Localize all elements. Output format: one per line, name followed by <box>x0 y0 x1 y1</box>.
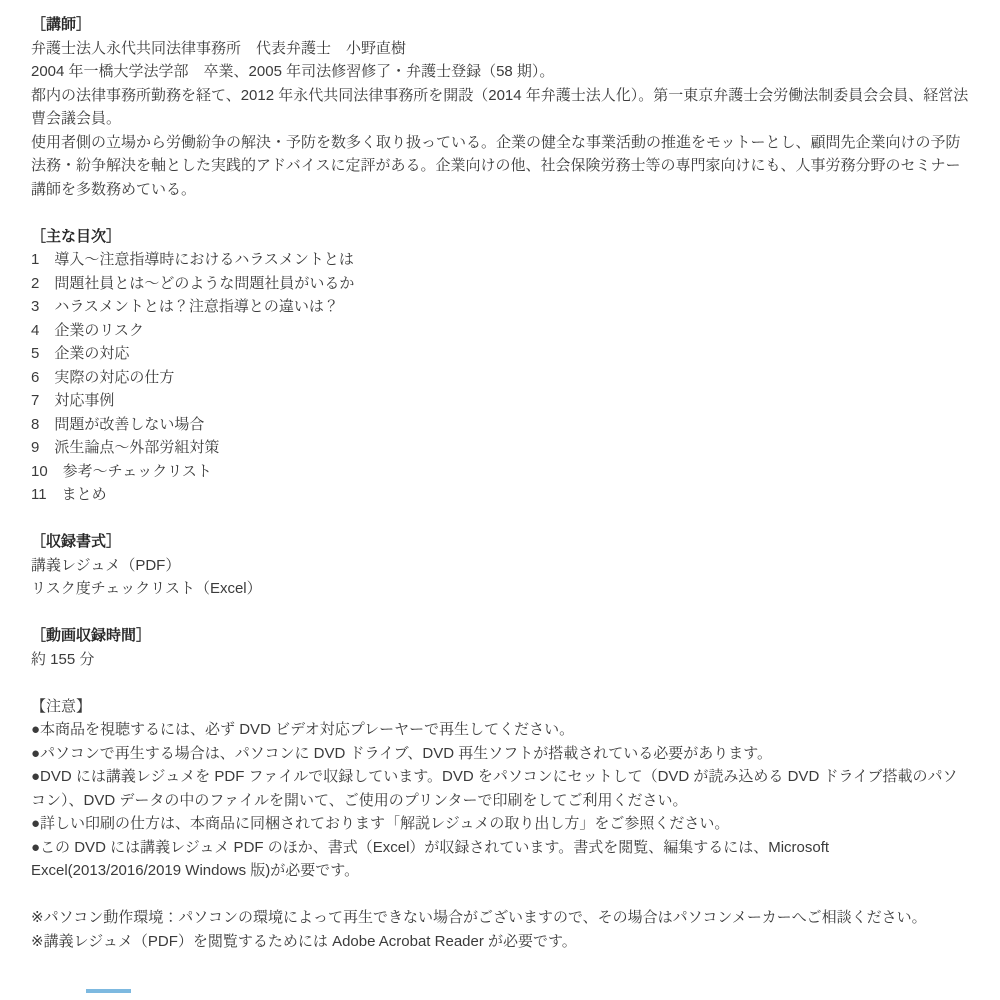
recorded-formats-section: ［収録書式］ 講義レジュメ（PDF） リスク度チェックリスト（Excel） <box>31 530 970 601</box>
lecturer-career-line: 2004 年一橋大学法学部 卒業、2005 年司法修習修了・弁護士登録（58 期… <box>31 60 970 84</box>
notice-bullet-excel-requirement: ●この DVD には講義レジュメ PDF のほか、書式（Excel）が収録されて… <box>31 836 970 883</box>
lecturer-section: ［講師］ 弁護士法人永代共同法律事務所 代表弁護士 小野直樹 2004 年一橋大… <box>31 13 970 201</box>
cutoff-bottom-element <box>86 989 131 993</box>
product-description-page: ［講師］ 弁護士法人永代共同法律事務所 代表弁護士 小野直樹 2004 年一橋大… <box>0 0 1000 1000</box>
toc-item-7: 7 対応事例 <box>31 389 970 413</box>
toc-item-9: 9 派生論点～外部労組対策 <box>31 436 970 460</box>
notice-bullet-player: ●本商品を視聴するには、必ず DVD ビデオ対応プレーヤーで再生してください。 <box>31 718 970 742</box>
section-spacer <box>31 507 970 531</box>
section-spacer <box>31 601 970 625</box>
toc-section: ［主な目次］ 1 導入～注意指導時におけるハラスメントとは 2 問題社員とは～ど… <box>31 225 970 507</box>
remarks-section: ※パソコン動作環境：パソコンの環境によって再生できない場合がございますので、その… <box>31 906 970 953</box>
lecturer-history-paragraph: 都内の法律事務所勤務を経て、2012 年永代共同法律事務所を開設（2014 年弁… <box>31 84 970 131</box>
toc-item-11: 11 まとめ <box>31 483 970 507</box>
format-item-pdf: 講義レジュメ（PDF） <box>31 554 970 578</box>
toc-item-2: 2 問題社員とは～どのような問題社員がいるか <box>31 272 970 296</box>
toc-item-1: 1 導入～注意指導時におけるハラスメントとは <box>31 248 970 272</box>
format-item-excel: リスク度チェックリスト（Excel） <box>31 577 970 601</box>
remark-pc-environment: ※パソコン動作環境：パソコンの環境によって再生できない場合がございますので、その… <box>31 906 970 930</box>
toc-item-8: 8 問題が改善しない場合 <box>31 413 970 437</box>
notice-bullet-print-guide: ●詳しい印刷の仕方は、本商品に同梱されております「解説レジュメの取り出し方」をご… <box>31 812 970 836</box>
toc-item-5: 5 企業の対応 <box>31 342 970 366</box>
section-spacer <box>31 671 970 695</box>
duration-heading: ［動画収録時間］ <box>31 624 970 648</box>
toc-item-6: 6 実際の対応の仕方 <box>31 366 970 390</box>
notice-heading: 【注意】 <box>31 695 970 719</box>
remark-acrobat-reader: ※講義レジュメ（PDF）を閲覧するためには Adobe Acrobat Read… <box>31 930 970 954</box>
section-spacer <box>31 201 970 225</box>
toc-item-10: 10 参考～チェックリスト <box>31 460 970 484</box>
notice-section: 【注意】 ●本商品を視聴するには、必ず DVD ビデオ対応プレーヤーで再生してく… <box>31 695 970 883</box>
formats-heading: ［収録書式］ <box>31 530 970 554</box>
lecturer-heading: ［講師］ <box>31 13 970 37</box>
notice-bullet-pdf-print: ●DVD には講義レジュメを PDF ファイルで収録しています。DVD をパソコ… <box>31 765 970 812</box>
toc-heading: ［主な目次］ <box>31 225 970 249</box>
lecturer-profile-paragraph: 使用者側の立場から労働紛争の解決・予防を数多く取り扱っている。企業の健全な事業活… <box>31 131 970 202</box>
notice-bullet-pc-playback: ●パソコンで再生する場合は、パソコンに DVD ドライブ、DVD 再生ソフトが搭… <box>31 742 970 766</box>
lecturer-name-line: 弁護士法人永代共同法律事務所 代表弁護士 小野直樹 <box>31 37 970 61</box>
section-spacer <box>31 883 970 907</box>
toc-item-4: 4 企業のリスク <box>31 319 970 343</box>
video-duration-section: ［動画収録時間］ 約 155 分 <box>31 624 970 671</box>
toc-item-3: 3 ハラスメントとは？注意指導との違いは？ <box>31 295 970 319</box>
duration-value: 約 155 分 <box>31 648 970 672</box>
